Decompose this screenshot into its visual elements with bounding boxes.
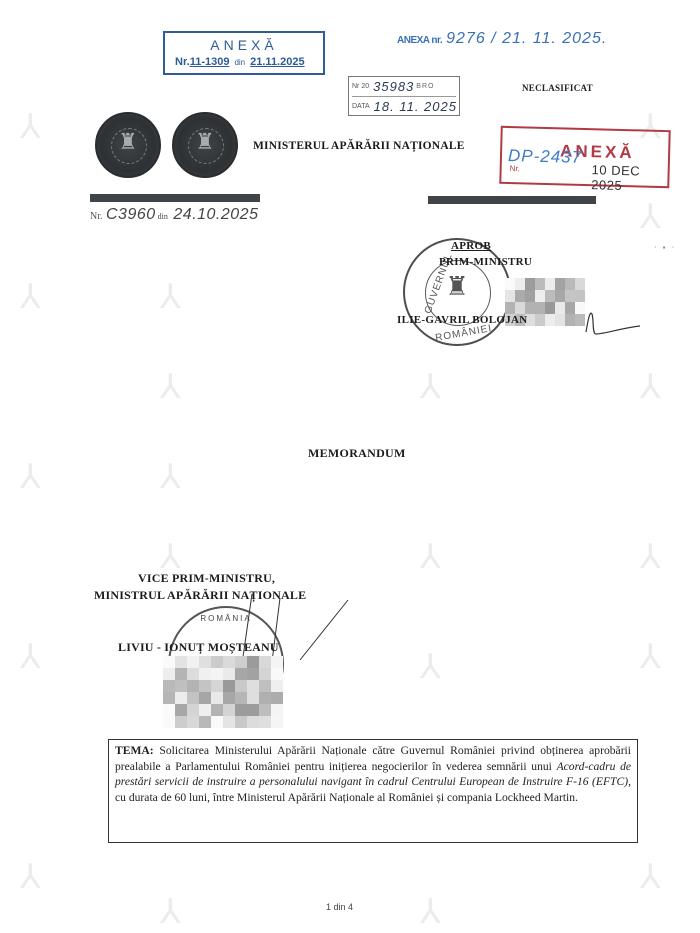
redaction-pixel	[163, 704, 175, 716]
redaction-pixel	[199, 716, 211, 728]
redaction-pixel	[271, 716, 283, 728]
redaction-pixel	[223, 704, 235, 716]
romania-coat-of-arms-seal: ♜	[95, 112, 161, 178]
redaction-pixel	[515, 278, 525, 290]
redaction-pixel	[235, 668, 247, 680]
government-round-stamp: ♜ GUVERNUL ROMÂNIEI	[403, 238, 511, 346]
registry-nr-suffix: BRO	[416, 83, 434, 90]
redaction-pixel	[187, 680, 199, 692]
redaction-pixel	[223, 680, 235, 692]
watermark-icon: ⅄	[640, 200, 661, 234]
redaction-pixel	[175, 668, 187, 680]
redaction-pixel	[247, 716, 259, 728]
approval-label: APROB	[451, 240, 491, 252]
redaction-pixel	[163, 656, 175, 668]
redaction-pixel	[535, 278, 545, 290]
redaction-pixel	[199, 668, 211, 680]
redaction-pixel	[199, 680, 211, 692]
redaction-pixel	[247, 692, 259, 704]
redaction-pixel	[259, 668, 271, 680]
redaction-pixel	[545, 290, 555, 302]
watermark-icon: ⅄	[420, 895, 441, 929]
registry-nr-label: Nr 20	[352, 83, 369, 90]
watermark-icon: ⅄	[640, 860, 661, 894]
registry-nr-value: 35983	[373, 79, 414, 94]
registry-box: Nr 20 35983 BRO DATA 18. 11. 2025	[348, 76, 460, 116]
redaction-pixel	[565, 278, 575, 290]
redaction-pixel	[187, 716, 199, 728]
redaction-pixel	[211, 668, 223, 680]
redaction-pixel	[555, 302, 565, 314]
redaction-pixel	[555, 314, 565, 326]
document-number-value: C3960	[106, 206, 156, 223]
redaction-pixel	[505, 290, 515, 302]
redaction-pixel	[223, 692, 235, 704]
anexa-stamp-nr-value: 11-1309	[190, 56, 230, 68]
redaction-pixel	[199, 692, 211, 704]
document-number-din: din	[158, 212, 168, 221]
watermark-icon: ⅄	[20, 860, 41, 894]
anexa-stamp-date: 21.11.2025	[250, 56, 304, 68]
redaction-pixel	[175, 656, 187, 668]
redaction-pixel	[211, 704, 223, 716]
watermark-icon: ⅄	[160, 540, 181, 574]
redaction-pixel	[575, 290, 585, 302]
redaction-pixel	[259, 704, 271, 716]
redaction-pixel	[175, 680, 187, 692]
watermark-icon: ⅄	[20, 110, 41, 144]
redaction-pixel	[163, 668, 175, 680]
redaction-pixel	[247, 704, 259, 716]
redaction-pixel	[163, 680, 175, 692]
redaction-pixel	[515, 302, 525, 314]
redaction-pixel	[505, 302, 515, 314]
watermark-icon: ⅄	[160, 370, 181, 404]
redaction-pixel	[271, 680, 283, 692]
redaction-pixel	[223, 668, 235, 680]
watermark-icon: ⅄	[640, 370, 661, 404]
approval-role: PRIM-MINISTRU	[439, 256, 532, 268]
redaction-pixel	[211, 656, 223, 668]
watermark-icon: ⅄	[420, 650, 441, 684]
redaction-pixel	[235, 680, 247, 692]
redaction-pixel	[199, 656, 211, 668]
watermark-icon: ⅄	[20, 640, 41, 674]
page-indicator: 1 din 4	[326, 902, 353, 912]
redaction-pixel	[187, 704, 199, 716]
redaction-pixel	[565, 314, 575, 326]
redaction-pixel	[187, 692, 199, 704]
anexa-stamp-nr-label: Nr.	[175, 56, 190, 68]
registry-date-value: 18. 11. 2025	[374, 99, 457, 114]
redaction-pixel	[235, 656, 247, 668]
watermark-icon: ⅄	[160, 280, 181, 314]
watermark-icon: ⅄	[20, 280, 41, 314]
watermark-icon: ⅄	[160, 895, 181, 929]
stamp-text-bottom: ROMÂNIEI	[434, 323, 492, 344]
anexa-red-nr-value: DP-2437	[508, 146, 583, 168]
redaction-pixel	[515, 290, 525, 302]
redaction-pixel	[565, 290, 575, 302]
redaction-pixel	[271, 704, 283, 716]
redaction-pixel	[545, 278, 555, 290]
document-heading: MEMORANDUM	[308, 446, 406, 461]
watermark-icon: ⅄	[20, 460, 41, 494]
redaction-pixel	[163, 716, 175, 728]
registry-date-label: DATA	[352, 103, 370, 110]
anexa-handwritten: ANEXA nr.9276 / 21. 11. 2025.	[397, 30, 607, 48]
watermark-icon: ⅄	[640, 640, 661, 674]
redaction-pixel	[565, 302, 575, 314]
watermark-icon: ⅄	[160, 460, 181, 494]
redaction-pixel	[187, 668, 199, 680]
redaction-pixel	[211, 692, 223, 704]
header-divider-right	[428, 196, 596, 204]
redaction-pixel	[505, 278, 515, 290]
anexa-stamp-red: ANEXĂ Nr. DP-2437 10 DEC 2025	[499, 126, 670, 188]
redaction-pixel	[187, 656, 199, 668]
watermark-icon: ⅄	[420, 370, 441, 404]
anexa-handwritten-value: 9276 / 21. 11. 2025.	[446, 30, 607, 47]
redaction-pixel	[525, 302, 535, 314]
redaction-pixel	[223, 716, 235, 728]
redaction-pixel	[247, 668, 259, 680]
redaction-pixel	[247, 656, 259, 668]
redaction-pixel	[199, 704, 211, 716]
redaction-pixel	[259, 716, 271, 728]
eagle-icon: ♜	[97, 132, 159, 154]
scan-artifact: · ▪ ·	[654, 243, 676, 252]
redaction-pixel	[259, 692, 271, 704]
anexa-stamp-number-line: Nr.11-1309din21.11.2025	[175, 56, 305, 68]
redaction-pixel	[535, 302, 545, 314]
watermark-icon: ⅄	[640, 540, 661, 574]
redaction-pixel	[259, 680, 271, 692]
redaction-pixel	[271, 668, 283, 680]
signature-stroke-icon	[582, 304, 642, 340]
anexa-stamp-title: ANEXĂ	[165, 37, 323, 53]
subject-text-part1: Solicitarea Ministerului Apărării Națion…	[115, 744, 631, 773]
watermark-icon: ⅄	[420, 540, 441, 574]
approval-name: ILIE-GAVRIL BOLOJAN	[397, 314, 528, 326]
redaction-pixel	[211, 680, 223, 692]
redaction-pixel	[259, 656, 271, 668]
eagle-icon: ♜	[174, 132, 236, 154]
redaction-pixel	[525, 278, 535, 290]
document-number-label: Nr.	[90, 211, 103, 222]
subject-label: TEMA:	[115, 744, 154, 757]
redaction-pixel	[555, 290, 565, 302]
redaction-pixel	[247, 680, 259, 692]
anexa-stamp-din-label: din	[234, 58, 245, 67]
ministry-title: MINISTERUL APĂRĂRII NAȚIONALE	[253, 140, 465, 152]
ministry-seal: ♜	[172, 112, 238, 178]
redaction-pixel	[545, 302, 555, 314]
signatory-role-line1: VICE PRIM-MINISTRU,	[138, 571, 275, 586]
redaction-pixel	[235, 716, 247, 728]
anexa-handwritten-label: ANEXA nr.	[397, 35, 442, 46]
redaction-pixel	[211, 716, 223, 728]
redaction-pixel	[235, 704, 247, 716]
redaction-pixel	[163, 692, 175, 704]
redaction-pixel	[175, 692, 187, 704]
anexa-red-date: 10 DEC 2025	[591, 162, 668, 194]
registry-date-row: DATA 18. 11. 2025	[352, 97, 456, 116]
signatory-name: LIVIU - IONUȚ MOȘTEANU	[118, 640, 279, 655]
redaction-pixel	[535, 314, 545, 326]
redaction-pixel	[271, 656, 283, 668]
redaction-pixel	[271, 692, 283, 704]
document-number-date: 24.10.2025	[173, 206, 258, 223]
redaction-pixel	[555, 278, 565, 290]
header-divider-left	[90, 194, 260, 202]
redaction-pixel	[535, 290, 545, 302]
redaction-pixel	[175, 704, 187, 716]
registry-number-row: Nr 20 35983 BRO	[352, 77, 456, 97]
redaction-pixel	[545, 314, 555, 326]
redaction-pixel	[223, 656, 235, 668]
redaction-pixel	[235, 692, 247, 704]
anexa-stamp-blue: ANEXĂ Nr.11-1309din21.11.2025	[163, 31, 325, 75]
redacted-signature-vpm	[163, 656, 283, 730]
classification-label: NECLASIFICAT	[522, 83, 593, 93]
document-number: Nr. C3960din 24.10.2025	[90, 206, 258, 224]
eagle-icon: ♜	[405, 272, 509, 302]
redaction-pixel	[525, 290, 535, 302]
subject-box: TEMA: Solicitarea Ministerului Apărării …	[108, 739, 638, 843]
redaction-pixel	[175, 716, 187, 728]
redaction-pixel	[575, 278, 585, 290]
